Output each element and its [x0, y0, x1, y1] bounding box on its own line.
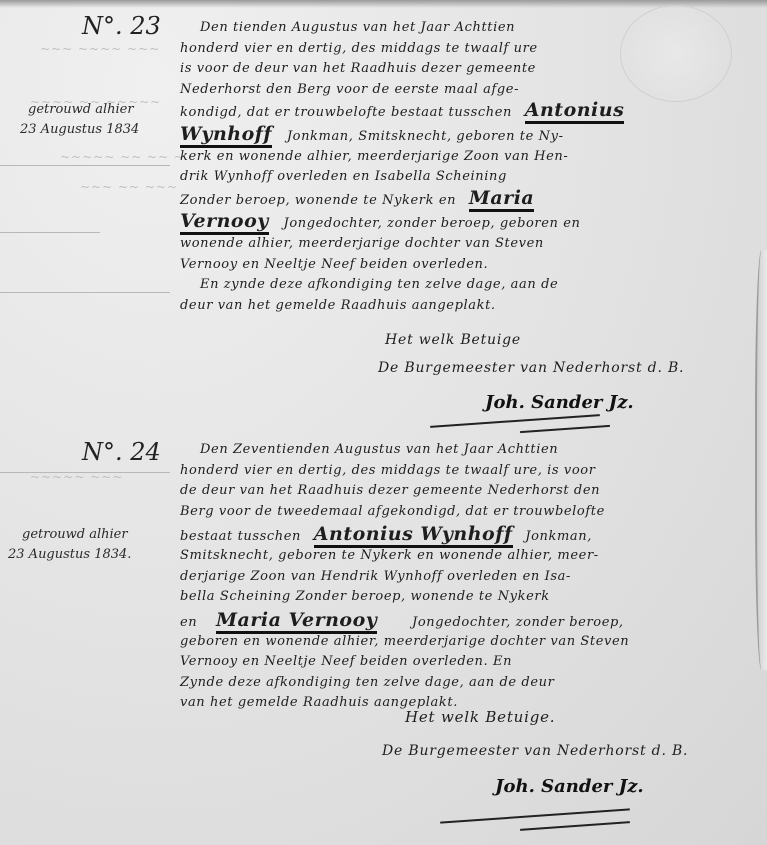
groom-full-name: Antonius Wynhoff [314, 523, 513, 548]
text-line: wonende alhier, meerderjarige dochter va… [180, 234, 760, 255]
text-line: honderd vier en dertig, des middags te t… [180, 461, 760, 482]
attestation-closing: Het welk Betuige [385, 332, 521, 348]
bleed-through-text: ~~~~~ ~~ ~~ ~ [60, 150, 185, 164]
text-line: Berg voor de tweedemaal afgekondigd, dat… [180, 502, 760, 523]
mayor-title: De Burgemeester van Nederhorst d. B. [382, 743, 688, 759]
text-line: drik Wynhoff overleden en Isabella Schei… [180, 167, 760, 188]
margin-note: getrouwd alhier 23 Augustus 1834. [8, 525, 131, 565]
entry-body: Den tienden Augustus van het Jaar Achtti… [180, 18, 760, 316]
text-segment: Zonder beroep, wonende te Nykerk en [180, 193, 456, 208]
text-line: Zonder beroep, wonende te Nykerk en Mari… [180, 188, 760, 209]
text-line: is voor de deur van het Raadhuis dezer g… [180, 59, 760, 80]
text-line: Vernooy Jongedochter, zonder beroep, geb… [180, 208, 760, 234]
entry-number: N°. 23 [82, 12, 161, 40]
signature-flourish [520, 821, 630, 831]
text-segment: en [180, 615, 197, 630]
scan-edge-shadow [0, 0, 767, 8]
attestation-closing: Het welk Betuige. [405, 708, 555, 726]
text-line: bella Scheining Zonder beroep, wonende t… [180, 587, 760, 608]
bride-last-name: Vernooy [180, 210, 269, 235]
ruled-line [0, 472, 170, 473]
text-segment: bestaat tusschen [180, 529, 301, 544]
mayor-signature: Joh. Sander Jz. [495, 776, 644, 797]
mayor-title: De Burgemeester van Nederhorst d. B. [378, 360, 684, 376]
ruled-line [0, 232, 100, 233]
ruled-line [0, 165, 170, 166]
text-line: Nederhorst den Berg voor de eerste maal … [180, 80, 760, 101]
bleed-through-text: ~~~ ~~~~ ~~~ [40, 42, 160, 56]
text-line: Wynhoff Jonkman, Smitsknecht, geboren te… [180, 121, 760, 147]
text-line: Smitsknecht, geboren te Nykerk en wonend… [180, 546, 760, 567]
text-line: Den Zeventienden Augustus van het Jaar A… [180, 440, 760, 461]
text-line: deur van het gemelde Raadhuis aangeplakt… [180, 296, 760, 317]
signature-flourish [520, 425, 610, 433]
signature-flourish [430, 414, 600, 428]
margin-note-date: 23 Augustus 1834. [8, 545, 131, 565]
entry-body: Den Zeventienden Augustus van het Jaar A… [180, 440, 760, 714]
text-segment: Jonkman, [525, 529, 592, 544]
text-line: Vernooy en Neeltje Neef beiden overleden… [180, 255, 760, 276]
text-segment: Jonkman, Smitsknecht, geboren te Ny- [287, 129, 564, 144]
entry-number: N°. 24 [82, 438, 161, 466]
ruled-line [0, 292, 170, 293]
text-line: Vernooy en Neeltje Neef beiden overleden… [180, 652, 760, 673]
text-line: geboren en wonende alhier, meerderjarige… [180, 632, 760, 653]
text-segment: kondigd, dat er trouwbelofte bestaat tus… [180, 105, 512, 120]
text-line: en Maria Vernooy Jongedochter, zonder be… [180, 608, 760, 632]
text-line: kerk en wonende alhier, meerderjarige Zo… [180, 147, 760, 168]
signature-flourish [440, 808, 630, 823]
groom-last-name: Wynhoff [180, 123, 272, 148]
text-line: honderd vier en dertig, des middags te t… [180, 39, 760, 60]
register-page: ~~~ ~~~~ ~~~ ~~~~ ~~ ~~~~~ ~~~~~ ~~ ~~ ~… [0, 0, 767, 845]
mayor-signature: Joh. Sander Jz. [485, 392, 634, 413]
text-line: En zynde deze afkondiging ten zelve dage… [180, 275, 760, 296]
margin-note-line: getrouwd alhier [8, 525, 131, 545]
text-line: derjarige Zoon van Hendrik Wynhoff overl… [180, 567, 760, 588]
text-line: Den tienden Augustus van het Jaar Achtti… [180, 18, 760, 39]
margin-note-line: getrouwd alhier [20, 100, 139, 120]
text-line: bestaat tusschen Antonius Wynhoff Jonkma… [180, 522, 760, 546]
margin-note-date: 23 Augustus 1834 [20, 120, 139, 140]
text-segment: Jongedochter, zonder beroep, [412, 615, 624, 630]
text-segment: Jongedochter, zonder beroep, geboren en [284, 216, 581, 231]
text-line: de deur van het Raadhuis dezer gemeente … [180, 481, 760, 502]
bride-full-name: Maria Vernooy [216, 609, 377, 634]
text-line: kondigd, dat er trouwbelofte bestaat tus… [180, 100, 760, 121]
bleed-through-text: ~~~ ~~ ~~~ [80, 180, 178, 194]
text-line: Zynde deze afkondiging ten zelve dage, a… [180, 673, 760, 694]
margin-note: getrouwd alhier 23 Augustus 1834 [20, 100, 139, 140]
